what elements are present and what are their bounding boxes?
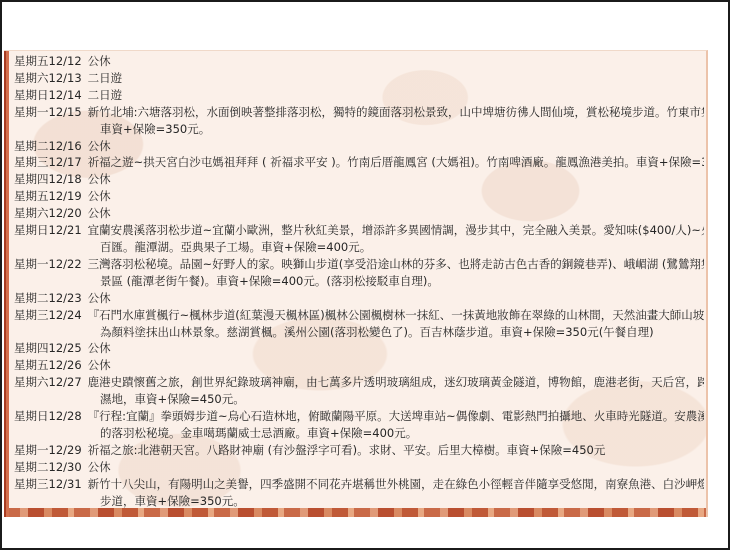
date-label: 星期四12/18 [14, 172, 82, 186]
schedule-row: 星期六12/20公休 [9, 205, 704, 222]
schedule-row: 星期六12/27鹿港史蹟懷舊之旅，創世界紀錄玻璃神廟，由七萬多片透明玻璃組成，迷… [9, 374, 704, 391]
date-label: 星期五12/26 [14, 358, 82, 372]
schedule-row: 的落羽松秘境。金車噶瑪蘭威士忌酒廠。車資+保險=400元。 [9, 425, 704, 442]
schedule-row: 景區 (龍潭老街午餐)。車資+保險=400元。(落羽松接駁車自理)。 [9, 273, 704, 290]
trip-description: 步道，車資+保險=350元。 [100, 494, 245, 508]
schedule-row: 星期日12/21宜蘭安農溪落羽松步道~宜蘭小歐洲，整片秋紅美景，增添許多異國情調… [9, 222, 704, 239]
trip-description: 新竹十八尖山，有陽明山之美譽，四季盛開不同花卉堪稱世外桃園，走在綠色小徑輕音伴隨… [88, 477, 704, 491]
date-label: 星期四12/25 [14, 341, 82, 355]
schedule-row: 星期五12/12公休 [9, 53, 704, 70]
schedule-row: 星期三12/31新竹十八尖山，有陽明山之美譽，四季盛開不同花卉堪稱世外桃園，走在… [9, 476, 704, 493]
trip-description: 祈福之遊~拱天宮白沙屯媽祖拜拜 ( 祈福求平安 )。竹南后厝龍鳳宮 (大媽祖)。… [88, 155, 704, 169]
schedule-panel: 星期五12/12公休星期六12/13二日遊星期日12/14二日遊星期一12/15… [4, 50, 708, 517]
schedule-row: 車資+保險=350元。 [9, 121, 704, 138]
trip-description: 公休 [88, 206, 111, 220]
date-label: 星期六12/13 [14, 71, 82, 85]
trip-description: 二日遊 [88, 88, 123, 102]
trip-description: 『石門水庫賞楓行~楓林步道(紅葉漫天楓林區)楓林公園楓樹林一抹紅、一抹黃地妝飾在… [88, 308, 704, 322]
trip-description: 二日遊 [88, 71, 123, 85]
schedule-row: 星期二12/30公休 [9, 459, 704, 476]
schedule-row: 為顏料塗抹出山林景象。慈湖賞楓。溪州公園(落羽松變色了)。百吉林蔭步道。車資+保… [9, 324, 704, 341]
date-label: 星期日12/28 [14, 409, 82, 423]
schedule-row: 星期四12/25公休 [9, 340, 704, 357]
schedule-rows: 星期五12/12公休星期六12/13二日遊星期日12/14二日遊星期一12/15… [9, 53, 704, 509]
date-label: 星期五12/19 [14, 189, 82, 203]
date-label: 星期六12/27 [14, 375, 82, 389]
trip-description: 車資+保險=350元。 [100, 122, 210, 136]
trip-description: 鹿港史蹟懷舊之旅，創世界紀錄玻璃神廟，由七萬多片透明玻璃組成，迷幻玻璃黃金隧道，… [88, 375, 704, 389]
trip-description: 三灣落羽松秘境。品園~好野人的家。映獅山步道(享受沿途山林的芬多、也將走訪古色古… [88, 257, 704, 271]
schedule-row: 星期五12/26公休 [9, 357, 704, 374]
date-label: 星期日12/21 [14, 223, 82, 237]
bottom-decor-strip [4, 508, 706, 517]
date-label: 星期日12/14 [14, 88, 82, 102]
trip-description: 公休 [88, 189, 111, 203]
date-label: 星期一12/15 [14, 105, 82, 119]
schedule-row: 星期一12/29祈福之旅:北港朝天宮。八路財神廟 (有沙盤浮字可看)。求財、平安… [9, 442, 704, 459]
trip-description: 為顏料塗抹出山林景象。慈湖賞楓。溪州公園(落羽松變色了)。百吉林蔭步道。車資+保… [100, 325, 654, 339]
trip-description: 公休 [88, 341, 111, 355]
trip-description: 景區 (龍潭老街午餐)。車資+保險=400元。(落羽松接駁車自理)。 [100, 274, 439, 288]
trip-description: 公休 [88, 54, 111, 68]
date-label: 星期一12/29 [14, 443, 82, 457]
date-label: 星期二12/23 [14, 291, 82, 305]
left-accent-bar [4, 51, 9, 517]
schedule-row: 星期五12/19公休 [9, 188, 704, 205]
schedule-row: 百匯。龍潭湖。亞典果子工場。車資+保險=400元。 [9, 239, 704, 256]
date-label: 星期三12/31 [14, 477, 82, 491]
slide-page: 星期五12/12公休星期六12/13二日遊星期日12/14二日遊星期一12/15… [0, 0, 730, 550]
schedule-row: 星期三12/17祈福之遊~拱天宮白沙屯媽祖拜拜 ( 祈福求平安 )。竹南后厝龍鳳… [9, 154, 704, 171]
date-label: 星期六12/20 [14, 206, 82, 220]
trip-description: 『行程:宜蘭』拳頭姆步道~烏心石造林地，俯瞰蘭陽平原。大送埤車站~偶像劇、電影熱… [88, 409, 704, 423]
schedule-row: 星期三12/24『石門水庫賞楓行~楓林步道(紅葉漫天楓林區)楓林公園楓樹林一抹紅… [9, 307, 704, 324]
schedule-row: 星期二12/16公休 [9, 138, 704, 155]
schedule-row: 星期一12/22三灣落羽松秘境。品園~好野人的家。映獅山步道(享受沿途山林的芬多… [9, 256, 704, 273]
trip-description: 百匯。龍潭湖。亞典果子工場。車資+保險=400元。 [100, 240, 371, 254]
date-label: 星期二12/30 [14, 460, 82, 474]
trip-description: 公休 [88, 291, 111, 305]
trip-description: 公休 [88, 139, 111, 153]
trip-description: 公休 [88, 172, 111, 186]
trip-description: 祈福之旅:北港朝天宮。八路財神廟 (有沙盤浮字可看)。求財、平安。后里大樟樹。車… [88, 443, 606, 457]
schedule-row: 濕地，車資+保險=450元。 [9, 391, 704, 408]
schedule-row: 星期四12/18公休 [9, 171, 704, 188]
trip-description: 公休 [88, 358, 111, 372]
schedule-row: 步道，車資+保險=350元。 [9, 493, 704, 510]
schedule-row: 星期日12/28『行程:宜蘭』拳頭姆步道~烏心石造林地，俯瞰蘭陽平原。大送埤車站… [9, 408, 704, 425]
trip-description: 的落羽松秘境。金車噶瑪蘭威士忌酒廠。車資+保險=400元。 [100, 426, 417, 440]
schedule-row: 星期六12/13二日遊 [9, 70, 704, 87]
date-label: 星期三12/24 [14, 308, 82, 322]
date-label: 星期一12/22 [14, 257, 82, 271]
date-label: 星期二12/16 [14, 139, 82, 153]
date-label: 星期三12/17 [14, 155, 82, 169]
trip-description: 新竹北埔:六塘落羽松，水面倒映著整排落羽松，獨特的鏡面落羽松景致，山中埤塘彷彿人… [88, 105, 704, 119]
trip-description: 濕地，車資+保險=450元。 [100, 392, 245, 406]
schedule-row: 星期一12/15新竹北埔:六塘落羽松，水面倒映著整排落羽松，獨特的鏡面落羽松景致… [9, 104, 704, 121]
schedule-row: 星期二12/23公休 [9, 290, 704, 307]
trip-description: 公休 [88, 460, 111, 474]
schedule-row: 星期日12/14二日遊 [9, 87, 704, 104]
date-label: 星期五12/12 [14, 54, 82, 68]
trip-description: 宜蘭安農溪落羽松步道~宜蘭小歐洲，整片秋紅美景，增添許多異國情調，漫步其中，完全… [88, 223, 704, 237]
